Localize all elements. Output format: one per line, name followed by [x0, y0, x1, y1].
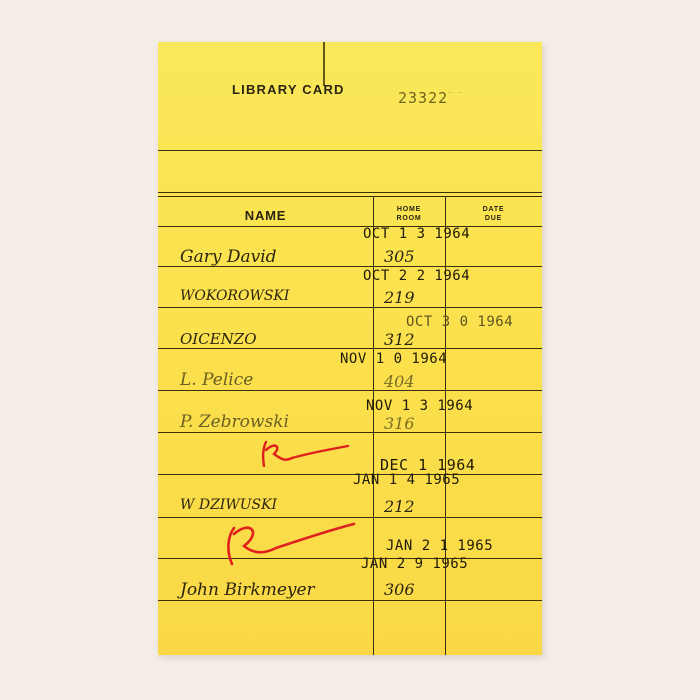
date-stamp: OCT 1 3 1964 [363, 226, 470, 242]
home-room: 212 [384, 497, 415, 516]
home-room: 312 [384, 330, 415, 349]
header-due: DUE [445, 214, 542, 223]
column-rule [373, 196, 374, 655]
date-stamp: NOV 1 3 1964 [366, 398, 473, 414]
fine-print: ... .. [448, 89, 462, 95]
home-room: 219 [384, 288, 415, 307]
rule [158, 226, 542, 227]
row-rule [158, 600, 542, 601]
library-card: LIBRARY CARD 23322 ... .. NAME HOME ROOM… [158, 42, 542, 655]
date-stamp: OCT 2 2 1964 [363, 268, 470, 284]
column-rule [445, 196, 446, 655]
card-number: 23322 [398, 89, 448, 107]
rule [158, 150, 542, 151]
date-stamp: JAN 2 1 1965 [386, 538, 493, 554]
header-home: HOME [373, 205, 445, 214]
rule [158, 192, 542, 193]
header-date-due: DATE DUE [445, 205, 542, 223]
row-rule [158, 432, 542, 433]
borrower-name: Gary David [180, 247, 370, 267]
home-room: 306 [384, 580, 415, 599]
header-name: NAME [158, 208, 373, 223]
card-crease [323, 42, 325, 86]
row-rule [158, 348, 542, 349]
home-room: 305 [384, 247, 415, 266]
header-home-room: HOME ROOM [373, 205, 445, 223]
header-room: ROOM [373, 214, 445, 223]
rule [158, 196, 542, 197]
home-room: 404 [384, 372, 415, 391]
card-title: LIBRARY CARD [232, 82, 345, 97]
date-stamp: JAN 2 9 1965 [361, 556, 468, 572]
red-pencil-mark [220, 520, 360, 568]
red-pencil-mark [256, 436, 356, 472]
home-room: 316 [384, 414, 415, 433]
borrower-name: W DZIWUSKI [180, 497, 370, 513]
date-stamp: OCT 3 0 1964 [406, 314, 513, 330]
row-rule [158, 474, 542, 475]
borrower-name: P. Zebrowski [180, 412, 370, 432]
borrower-name: John Birkmeyer [180, 580, 370, 600]
date-stamp: NOV 1 0 1964 [340, 351, 447, 367]
row-rule [158, 390, 542, 391]
borrower-name: OICENZO [180, 330, 370, 348]
borrower-name: L. Pelice [180, 370, 370, 390]
borrower-name: WOKOROWSKI [180, 288, 370, 304]
date-stamp: JAN 1 4 1965 [353, 472, 460, 488]
header-date: DATE [445, 205, 542, 214]
row-rule [158, 307, 542, 308]
row-rule [158, 517, 542, 518]
